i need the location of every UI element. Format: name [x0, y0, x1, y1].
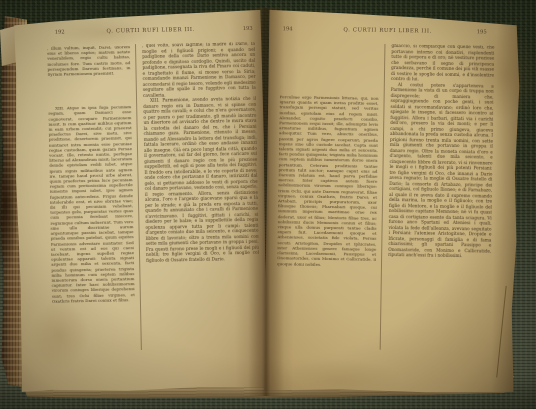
- right-page-header: 194 Q. CURTII RUFI LIBER III. 195: [281, 26, 495, 39]
- text-paragraph: Al costui potere s'apparteneva a Parmeni…: [388, 82, 494, 260]
- text-paragraph: XIII. Atque in ipsa fuga pecuniam regiam…: [48, 104, 135, 303]
- left-page-header: 192 Q. CURTII RUFI LIBER III. 193: [47, 26, 255, 40]
- text-paragraph: ghiaccio, si compiacque con quelle vesti…: [391, 44, 495, 84]
- fore-edge-dark-blotch: [0, 140, 18, 270]
- text-paragraph: , illum vultum, inquit, Darei; uxorem ei…: [47, 44, 131, 77]
- italian-text-column: ghiaccio, si compiacque con quelle vesti…: [380, 44, 495, 352]
- page-number: 195: [477, 29, 487, 35]
- right-page-columns: Perculsae ergo Parmenionis litterae; qui…: [276, 42, 495, 351]
- right-page: 194 Q. CURTII RUFI LIBER III. 195 Percul…: [263, 6, 523, 396]
- page-number: 192: [55, 29, 65, 35]
- left-page-columns: , illum vultum, inquit, Darei; uxorem ei…: [47, 42, 261, 352]
- left-page: 192 Q. CURTII RUFI LIBER III. 193 , illu…: [8, 8, 269, 395]
- running-head: Q. CURTII RUFI LIBER III.: [281, 26, 495, 35]
- latin-text-column: , illum vultum, inquit, Darei; uxorem ei…: [47, 44, 141, 352]
- right-page-print-area: 194 Q. CURTII RUFI LIBER III. 195 Percul…: [263, 6, 523, 396]
- photo-of-open-book: 192 Q. CURTII RUFI LIBER III. 193 , illu…: [0, 0, 536, 409]
- running-head: Q. CURTII RUFI LIBER III.: [47, 26, 255, 36]
